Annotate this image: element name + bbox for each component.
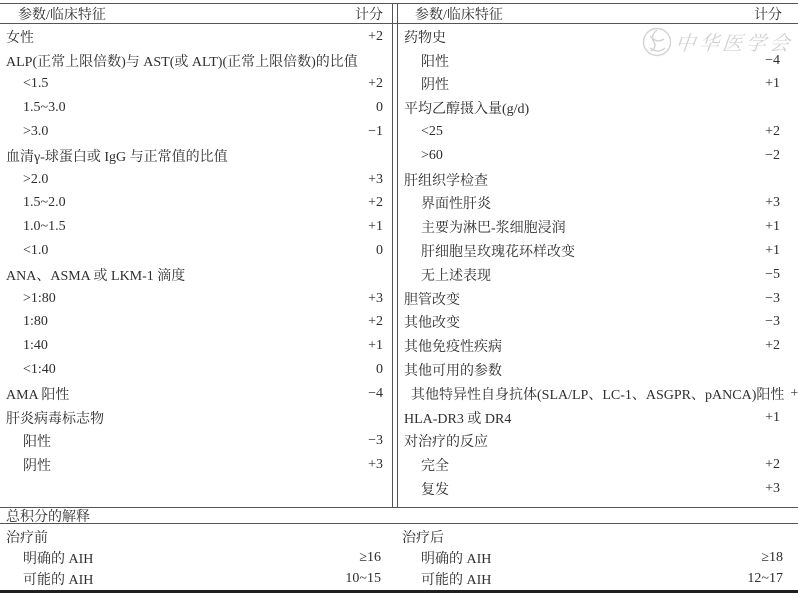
row-score: +3 — [362, 172, 383, 188]
row-score: +2 — [362, 314, 383, 330]
row-label: >3.0 — [23, 124, 48, 140]
row-label: >60 — [421, 148, 443, 164]
table-row: 阳性−4 — [398, 49, 798, 73]
table-row: 治疗后 — [398, 526, 798, 547]
score-header-label: 计分 — [754, 4, 782, 24]
table-row: 界面性肝炎+3 — [398, 192, 798, 216]
table-row: <25+2 — [398, 120, 798, 144]
row-score: −4 — [759, 53, 780, 69]
table-row: AMA 阳性−4 — [0, 382, 393, 406]
row-label: HLA-DR3 或 DR4 — [404, 408, 511, 428]
row-score: +2 — [759, 338, 780, 354]
row-label: <1:40 — [23, 362, 56, 378]
row-score: +3 — [759, 481, 780, 497]
table-row: ALP(正常上限倍数)与 AST(或 ALT)(正常上限倍数)的比值 — [0, 49, 393, 73]
table-row: 无上述表现−5 — [398, 263, 798, 287]
row-score: 10~15 — [339, 571, 381, 587]
row-score: +3 — [759, 195, 780, 211]
row-label: 复发 — [421, 479, 449, 499]
table-row: 可能的 AIH10~15 — [0, 569, 393, 590]
row-label: <1.5 — [23, 76, 48, 92]
row-score: 0 — [370, 243, 383, 259]
row-label: AMA 阳性 — [6, 384, 69, 404]
right-column-header: 参数/临床特征 计分 — [398, 4, 798, 23]
row-label: 女性 — [6, 27, 34, 47]
row-label: 其他改变 — [404, 312, 460, 332]
table-row: 完全+2 — [398, 453, 798, 477]
row-score: +1 — [759, 219, 780, 235]
table-row: 女性+2 — [0, 25, 393, 49]
row-score: 12~17 — [741, 571, 783, 587]
row-label: 肝组织学检查 — [404, 170, 488, 190]
row-label: 1:80 — [23, 314, 48, 330]
row-label: 1:40 — [23, 338, 48, 354]
table-row: <1.5+2 — [0, 73, 393, 97]
row-label: 可能的 AIH — [421, 569, 491, 589]
row-score: +1 — [362, 219, 383, 235]
summary-title: 总积分的解释 — [6, 508, 90, 523]
row-label: 可能的 AIH — [23, 569, 93, 589]
row-label: 阴性 — [421, 74, 449, 94]
table-row: 复发+3 — [398, 477, 798, 501]
row-score: +2 — [362, 195, 383, 211]
row-label: ALP(正常上限倍数)与 AST(或 ALT)(正常上限倍数)的比值 — [6, 51, 358, 71]
row-score: −5 — [759, 267, 780, 283]
table-row: 明确的 AIH≥16 — [0, 547, 393, 568]
row-label: <1.0 — [23, 243, 48, 259]
summary-header-rule — [0, 523, 798, 524]
row-score: +1 — [759, 410, 780, 426]
row-label: 药物史 — [404, 27, 446, 47]
row-score: +1 — [759, 76, 780, 92]
row-score: ≥16 — [353, 550, 381, 566]
row-label: 阴性 — [23, 455, 51, 475]
table-row: 其他可用的参数 — [398, 358, 798, 382]
row-score: +2 — [759, 457, 780, 473]
table-row: ANA、ASMA 或 LKM-1 滴度 — [0, 263, 393, 287]
table-row: 阳性−3 — [0, 430, 393, 454]
table-row: 平均乙醇摄入量(g/d) — [398, 96, 798, 120]
row-score: +2 — [362, 29, 383, 45]
table-row: 1:40+1 — [0, 334, 393, 358]
row-label: 明确的 AIH — [421, 548, 491, 568]
table-row: 肝炎病毒标志物 — [0, 406, 393, 430]
table-row: 其他改变−3 — [398, 311, 798, 335]
table-row: 1.0~1.5+1 — [0, 215, 393, 239]
row-score: −3 — [759, 291, 780, 307]
param-header-label: 参数/临床特征 — [18, 4, 106, 24]
header-rule — [0, 23, 798, 24]
row-score: +3 — [362, 457, 383, 473]
table-row: 1:80+2 — [0, 311, 393, 335]
row-label: >2.0 — [23, 172, 48, 188]
row-score: −2 — [759, 148, 780, 164]
right-column-rows: 药物史阳性−4阴性+1平均乙醇摄入量(g/d)<25+2>60−2肝组织学检查界… — [398, 25, 798, 501]
row-score: −3 — [759, 314, 780, 330]
table-row: 可能的 AIH12~17 — [398, 569, 798, 590]
table-row: 肝细胞呈玫瑰花环样改变+1 — [398, 239, 798, 263]
row-label: 主要为淋巴-浆细胞浸润 — [421, 217, 566, 237]
row-label: 其他免疫性疾病 — [404, 336, 502, 356]
table-row: HLA-DR3 或 DR4+1 — [398, 406, 798, 430]
row-label: 明确的 AIH — [23, 548, 93, 568]
row-score: −1 — [362, 124, 383, 140]
table-row: 阴性+1 — [398, 73, 798, 97]
row-label: 平均乙醇摄入量(g/d) — [404, 98, 529, 118]
table-row: 主要为淋巴-浆细胞浸润+1 — [398, 215, 798, 239]
row-label: 界面性肝炎 — [421, 193, 491, 213]
row-score: +3 — [362, 291, 383, 307]
row-score: −3 — [362, 433, 383, 449]
param-header-label: 参数/临床特征 — [415, 4, 503, 24]
row-label: 对治疗的反应 — [404, 431, 488, 451]
table-row: 1.5~3.00 — [0, 96, 393, 120]
row-label: 阳性 — [421, 51, 449, 71]
table-row: 对治疗的反应 — [398, 430, 798, 454]
row-label: >1:80 — [23, 291, 56, 307]
row-label: 1.5~2.0 — [23, 195, 66, 211]
row-label: 治疗后 — [402, 527, 444, 547]
row-label: 胆管改变 — [404, 289, 460, 309]
row-label: 肝细胞呈玫瑰花环样改变 — [421, 241, 575, 261]
row-score: +2 — [759, 124, 780, 140]
aih-scoring-table-page: 参数/临床特征 计分 参数/临床特征 计分 女性+2ALP(正常上限倍数)与 A… — [0, 0, 798, 597]
table-row: <1.00 — [0, 239, 393, 263]
table-row: >1:80+3 — [0, 287, 393, 311]
row-score: 0 — [370, 362, 383, 378]
row-label: 血清γ-球蛋白或 IgG 与正常值的比值 — [6, 146, 228, 166]
left-column-header: 参数/临床特征 计分 — [0, 4, 393, 23]
table-row: >2.0+3 — [0, 168, 393, 192]
row-score: ≥18 — [755, 550, 783, 566]
table-row: 明确的 AIH≥18 — [398, 547, 798, 568]
summary-pretreatment-rows: 治疗前明确的 AIH≥16可能的 AIH10~15 — [0, 526, 393, 590]
row-score: 0 — [370, 100, 383, 116]
summary-top-rule — [0, 507, 798, 508]
row-label: 阳性 — [23, 431, 51, 451]
score-header-label: 计分 — [355, 4, 383, 24]
row-label: 其他特异性自身抗体(SLA/LP、LC-1、ASGPR、pANCA)阳性 — [411, 384, 784, 404]
table-row: 胆管改变−3 — [398, 287, 798, 311]
row-label: 完全 — [421, 455, 449, 475]
table-row: 肝组织学检查 — [398, 168, 798, 192]
summary-posttreatment-rows: 治疗后明确的 AIH≥18可能的 AIH12~17 — [398, 526, 798, 590]
table-row: 1.5~2.0+2 — [0, 192, 393, 216]
row-score: +2 — [362, 76, 383, 92]
row-label: 其他可用的参数 — [404, 360, 502, 380]
row-label: 无上述表现 — [421, 265, 491, 285]
row-label: 治疗前 — [6, 527, 48, 547]
row-score: +2 — [784, 386, 798, 402]
row-score: −4 — [362, 386, 383, 402]
table-row: 其他特异性自身抗体(SLA/LP、LC-1、ASGPR、pANCA)阳性+2 — [398, 382, 798, 406]
table-row: 其他免疫性疾病+2 — [398, 334, 798, 358]
row-label: 1.5~3.0 — [23, 100, 66, 116]
table-row: 阴性+3 — [0, 453, 393, 477]
row-label: 1.0~1.5 — [23, 219, 66, 235]
table-row: 血清γ-球蛋白或 IgG 与正常值的比值 — [0, 144, 393, 168]
table-row: >60−2 — [398, 144, 798, 168]
row-score: +1 — [362, 338, 383, 354]
table-bottom-rule — [0, 590, 798, 593]
table-row: <1:400 — [0, 358, 393, 382]
table-row: >3.0−1 — [0, 120, 393, 144]
row-label: ANA、ASMA 或 LKM-1 滴度 — [6, 265, 185, 285]
row-score: +1 — [759, 243, 780, 259]
left-column-rows: 女性+2ALP(正常上限倍数)与 AST(或 ALT)(正常上限倍数)的比值<1… — [0, 25, 393, 477]
table-row: 治疗前 — [0, 526, 393, 547]
table-row: 药物史 — [398, 25, 798, 49]
row-label: <25 — [421, 124, 443, 140]
row-label: 肝炎病毒标志物 — [6, 408, 104, 428]
